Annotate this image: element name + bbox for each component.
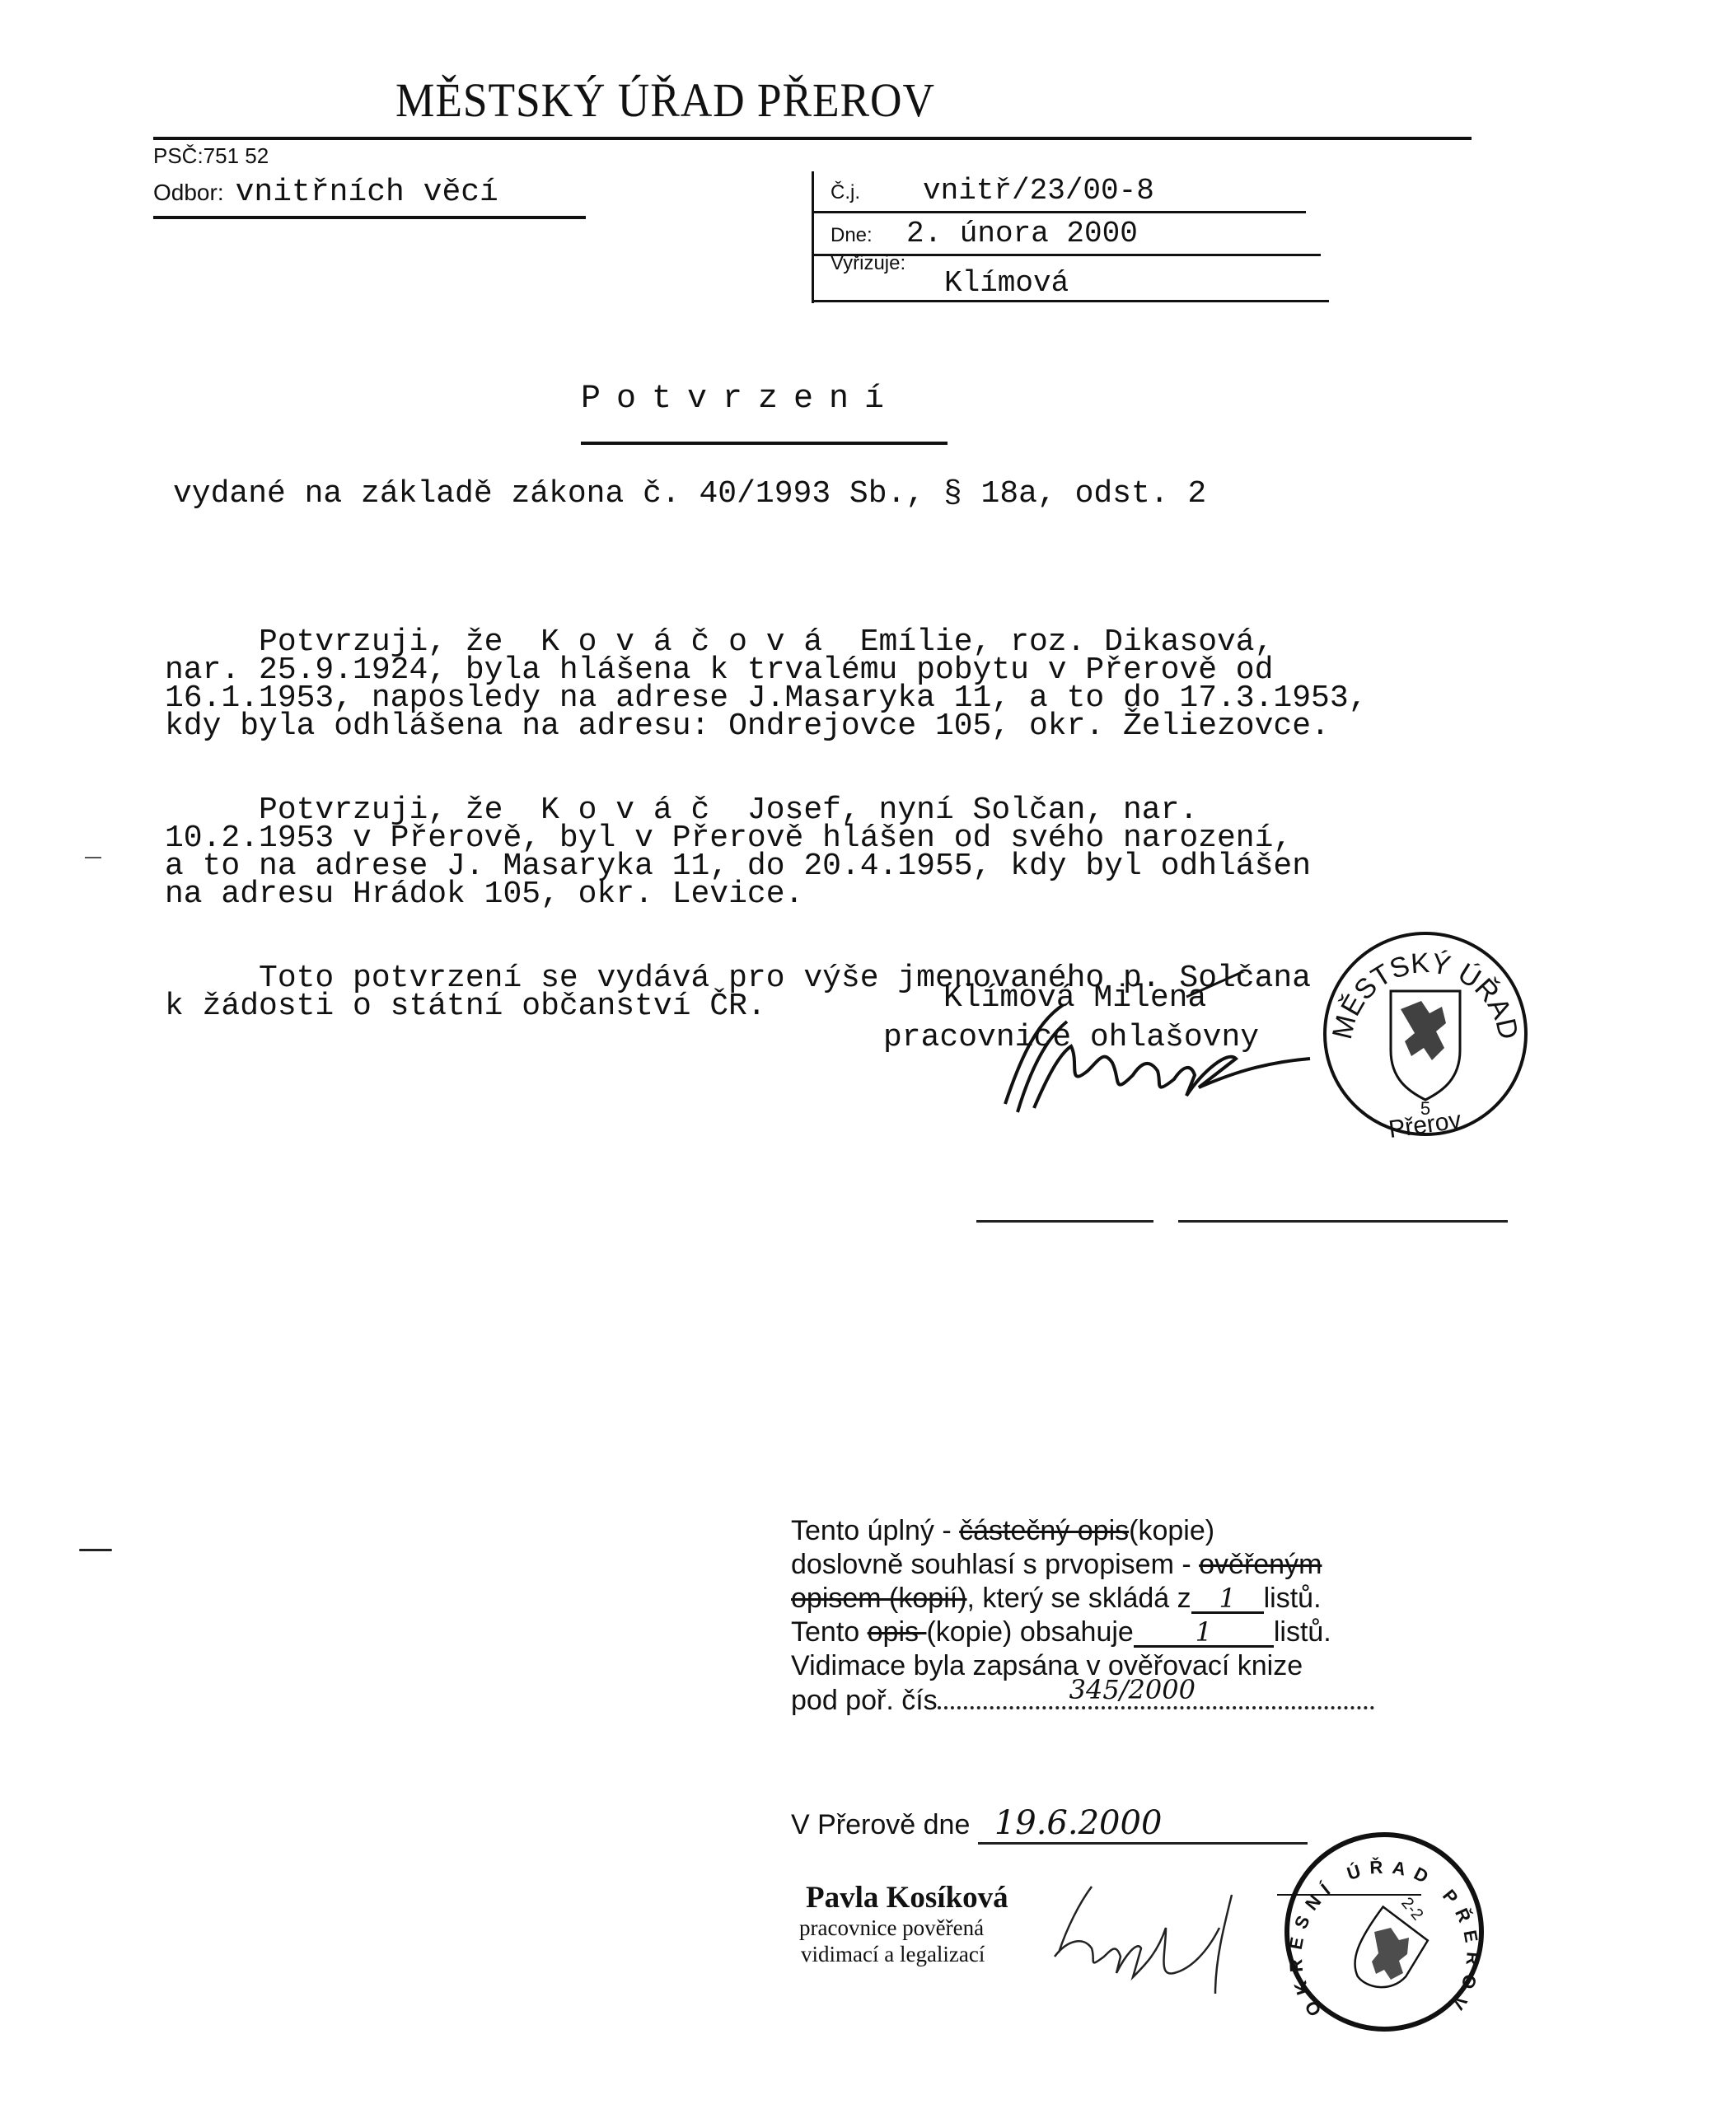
cert-line-4: Tento opis (kopie) obsahuje1listů. [791,1616,1450,1649]
department-rule [153,216,586,219]
certification-block: Tento úplný - částečný opis(kopie) doslo… [791,1514,1450,1718]
struck-text: opisem (kopií) [791,1583,967,1614]
department-label: Odbor: [153,180,224,205]
paragraph-1: Potvrzuji, že K o v á č o v á Emílie, ro… [165,629,1582,741]
copy-sheet-count-field: 1 [1134,1619,1274,1648]
ref-number-value: vnitř/23/00-8 [923,174,1154,208]
ref-rule [812,211,1306,213]
ref-number-label: Č.j. [831,181,860,204]
handled-by-value: Klímová [944,266,1069,300]
document-title: Potvrzení [581,381,900,418]
cert-line-6: pod poř. čís345/2000 [791,1683,1450,1718]
separator-line [1178,1220,1508,1223]
paragraph-2: Potvrzuji, že K o v á č Josef, nyní Solč… [165,797,1582,909]
signature-icon [989,972,1318,1120]
handled-by-label: Vyřizuje: [831,252,905,275]
date-value: 2. února 2000 [906,217,1138,250]
stamp-mestsky-urad-icon: MĚSTSKÝ ÚŘAD 5 Přerov [1318,927,1532,1141]
cert-line-3: opisem (kopií), který se skládá z1listů. [791,1582,1450,1616]
place-date-value: 19.6.2000 [978,1804,1308,1845]
struck-text: ověřeným [1199,1549,1322,1580]
department-value: vnitřních věcí [236,175,498,210]
header-rule [153,137,1472,140]
margin-mark [79,1549,112,1551]
place-date: V Přerově dne 19.6.2000 [791,1804,1308,1845]
separator-line [976,1220,1153,1223]
register-number-value: 345/2000 [1069,1673,1196,1707]
department: Odbor:vnitřních věcí [153,175,498,210]
svg-text:Přerov: Přerov [1387,1106,1462,1141]
signer-2-role: vidimací a legalizací [801,1942,985,1967]
place-date-label: V Přerově dne [791,1809,970,1840]
cert-line-2: doslovně souhlasí s prvopisem - ověřeným [791,1548,1450,1582]
title-underline [581,442,948,445]
date-row: Dne: 2. února 2000 [831,214,1337,254]
handled-by-row: Vyřizuje: Klímová [831,257,1337,297]
signature-icon [1042,1878,1256,2002]
sheet-count-field: 1 [1191,1585,1264,1614]
struck-text: částečný opis [959,1515,1129,1546]
svg-text:2-2: 2-2 [1397,1894,1426,1924]
cert-line-1: Tento úplný - částečný opis(kopie) [791,1514,1450,1548]
date-label: Dne: [831,224,873,247]
register-number-field: 345/2000 [938,1683,1374,1709]
office-title: MĚSTSKÝ ÚŘAD PŘEROV [395,72,935,128]
signer-2-name: Pavla Kosíková [806,1880,1008,1915]
reference-box: Č.j. vnitř/23/00-8 Dne: 2. února 2000 Vy… [812,171,1337,303]
ref-rule [812,300,1329,302]
stamp-okresni-urad-icon: OKRESNÍ ÚŘAD PŘEROV 2-2 [1277,1821,1491,2035]
postal-code: PSČ:751 52 [153,143,269,169]
legal-basis: vydané na základě zákona č. 40/1993 Sb.,… [173,476,1206,512]
signer-2-role: pracovnice pověřená [799,1915,984,1941]
struck-text: opis [868,1616,927,1648]
ref-number-row: Č.j. vnitř/23/00-8 [831,171,1337,211]
margin-mark [85,857,101,858]
